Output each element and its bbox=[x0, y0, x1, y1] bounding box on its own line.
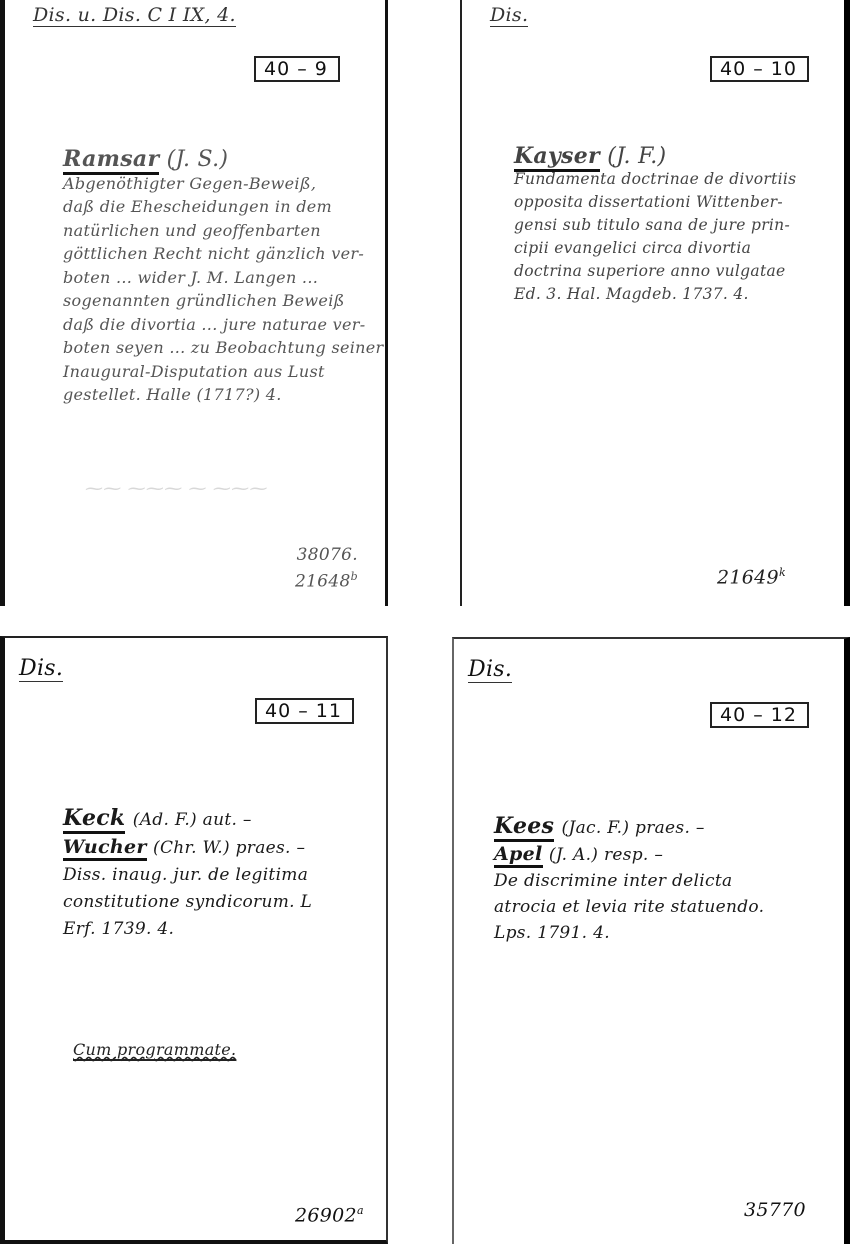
catalog-card-40-12: Dis. 40 – 12 Kees (Jac. F.) praes. – Ape… bbox=[452, 637, 850, 1244]
author-line: Kees (Jac. F.) praes. – bbox=[494, 813, 764, 841]
subject-heading: Dis. u. Dis. C I IX, 4. bbox=[33, 4, 236, 26]
title-line: constitutione syndicorum. L bbox=[63, 889, 312, 916]
accession-number: 35770 bbox=[744, 1199, 806, 1221]
card-entry: Ramsar (J. S.) Abgenöthigter Gegen-Bewei… bbox=[63, 148, 384, 407]
accession-numbers: 38076. 21648b bbox=[295, 544, 358, 593]
title-line: gestellet. Halle (1717?) 4. bbox=[63, 383, 384, 407]
author-initials: (J. F.) bbox=[607, 144, 666, 169]
card-entry: Kees (Jac. F.) praes. – Apel (J. A.) res… bbox=[494, 813, 764, 946]
title-line: daß die divortia ... jure naturae ver- bbox=[63, 313, 384, 337]
catalog-card-40-11: Dis. 40 – 11 Keck (Ad. F.) aut. – Wucher… bbox=[0, 636, 388, 1244]
respondent-surname: Apel bbox=[494, 843, 543, 868]
title-line: sogenannten gründlichen Beweiß bbox=[63, 289, 384, 313]
accession-numbers: 26902a bbox=[295, 1204, 364, 1226]
author-line: Ramsar (J. S.) bbox=[63, 148, 384, 172]
title-line: doctrina superiore anno vulgatae bbox=[514, 260, 796, 283]
title-line: göttlichen Recht nicht gänzlich ver- bbox=[63, 242, 384, 266]
author-role: (Ad. F.) aut. – bbox=[133, 810, 252, 830]
author-surname: Ramsar bbox=[63, 146, 159, 175]
title-line: Ed. 3. Hal. Magdeb. 1737. 4. bbox=[514, 283, 796, 306]
note: Cum programmate. bbox=[73, 1040, 236, 1059]
call-number-box: 40 – 11 bbox=[255, 698, 354, 724]
accession-number: 26902 bbox=[295, 1204, 357, 1226]
respondent-line: Apel (J. A.) resp. – bbox=[494, 841, 764, 868]
accession-number: 21648b bbox=[295, 566, 358, 593]
title-line: daß die Ehescheidungen in dem bbox=[63, 195, 384, 219]
title-line: Abgenöthigter Gegen-Beweiß, bbox=[63, 172, 384, 196]
subject-heading: Dis. bbox=[468, 657, 512, 682]
accession-numbers: 35770 bbox=[744, 1199, 806, 1221]
praeses-surname: Kees bbox=[494, 813, 554, 842]
title-line: Inaugural-Disputation aus Lust bbox=[63, 360, 384, 384]
accession-number: 21649 bbox=[717, 566, 779, 588]
title-line: Lps. 1791. 4. bbox=[494, 920, 764, 946]
title-line: De discrimine inter delicta bbox=[494, 868, 764, 894]
title-line: Diss. inaug. jur. de legitima bbox=[63, 862, 312, 889]
card-entry: Keck (Ad. F.) aut. – Wucher (Chr. W.) pr… bbox=[63, 805, 312, 943]
accession-number: 38076. bbox=[295, 544, 358, 566]
title-line: boten ... wider J. M. Langen ... bbox=[63, 266, 384, 290]
title-line: natürlichen und geoffenbarten bbox=[63, 219, 384, 243]
card-entry: Kayser (J. F.) Fundamenta doctrinae de d… bbox=[514, 145, 796, 306]
call-number-box: 40 – 9 bbox=[254, 56, 340, 82]
call-number-box: 40 – 12 bbox=[710, 702, 809, 728]
title-line: gensi sub titulo sana de jure prin- bbox=[514, 214, 796, 237]
faded-annotation: ⁓⁓ ⁓⁓⁓ ⁓ ⁓⁓⁓ bbox=[85, 478, 268, 499]
praeses-role: (Chr. W.) praes. – bbox=[153, 838, 305, 858]
call-number-box: 40 – 10 bbox=[710, 56, 809, 82]
author-line: Keck (Ad. F.) aut. – bbox=[63, 805, 312, 834]
author-initials: (J. S.) bbox=[167, 147, 229, 172]
title-line: Erf. 1739. 4. bbox=[63, 916, 312, 943]
respondent-role: (J. A.) resp. – bbox=[549, 845, 663, 865]
praeses-role: (Jac. F.) praes. – bbox=[562, 818, 705, 838]
title-line: Fundamenta doctrinae de divortiis bbox=[514, 168, 796, 191]
author-line: Kayser (J. F.) bbox=[514, 145, 796, 168]
catalog-card-40-9: Dis. u. Dis. C I IX, 4. 40 – 9 Ramsar (J… bbox=[0, 0, 388, 606]
subject-heading: Dis. bbox=[490, 4, 528, 26]
praeses-line: Wucher (Chr. W.) praes. – bbox=[63, 834, 312, 862]
title-line: boten seyen ... zu Beobachtung seiner bbox=[63, 336, 384, 360]
title-line: opposita dissertationi Wittenber- bbox=[514, 191, 796, 214]
catalog-card-40-10: Dis. 40 – 10 Kayser (J. F.) Fundamenta d… bbox=[460, 0, 850, 606]
praeses-surname: Wucher bbox=[63, 836, 147, 861]
accession-numbers: 21649k bbox=[717, 566, 786, 588]
title-line: cipii evangelici circa divortia bbox=[514, 237, 796, 260]
title-line: atrocia et levia rite statuendo. bbox=[494, 894, 764, 920]
author-surname: Keck bbox=[63, 805, 125, 834]
subject-heading: Dis. bbox=[19, 656, 63, 681]
